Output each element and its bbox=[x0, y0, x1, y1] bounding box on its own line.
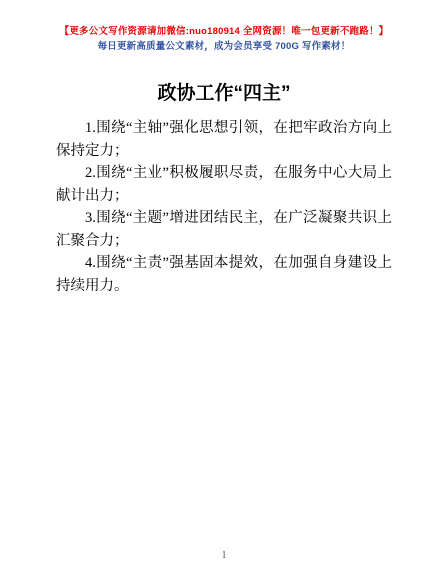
paragraph-1: 1.围绕“主轴”强化思想引领，在把牢政治方向上保持定力； bbox=[56, 117, 392, 162]
ad-line-red: 【更多公文写作资源请加微信:nuo180914 全网资源！唯一包更新不跑路！】 bbox=[0, 26, 448, 38]
document-body: 1.围绕“主轴”强化思想引领，在把牢政治方向上保持定力； 2.围绕“主业”积极履… bbox=[56, 117, 392, 297]
ad-line-blue: 每日更新高质量公文素材，成为会员享受 700G 写作素材！ bbox=[0, 41, 448, 53]
header-ad-block: 【更多公文写作资源请加微信:nuo180914 全网资源！唯一包更新不跑路！】 … bbox=[0, 0, 448, 53]
paragraph-4: 4.围绕“主责”强基固本提效，在加强自身建设上持续用力。 bbox=[56, 252, 392, 297]
paragraph-3: 3.围绕“主题”增进团结民主，在广泛凝聚共识上汇聚合力； bbox=[56, 207, 392, 252]
paragraph-2: 2.围绕“主业”积极履职尽责，在服务中心大局上献计出力； bbox=[56, 162, 392, 207]
page-number: 1 bbox=[0, 550, 448, 562]
document-page: 【更多公文写作资源请加微信:nuo180914 全网资源！唯一包更新不跑路！】 … bbox=[0, 0, 448, 580]
document-title: 政协工作“四主” bbox=[0, 82, 448, 106]
